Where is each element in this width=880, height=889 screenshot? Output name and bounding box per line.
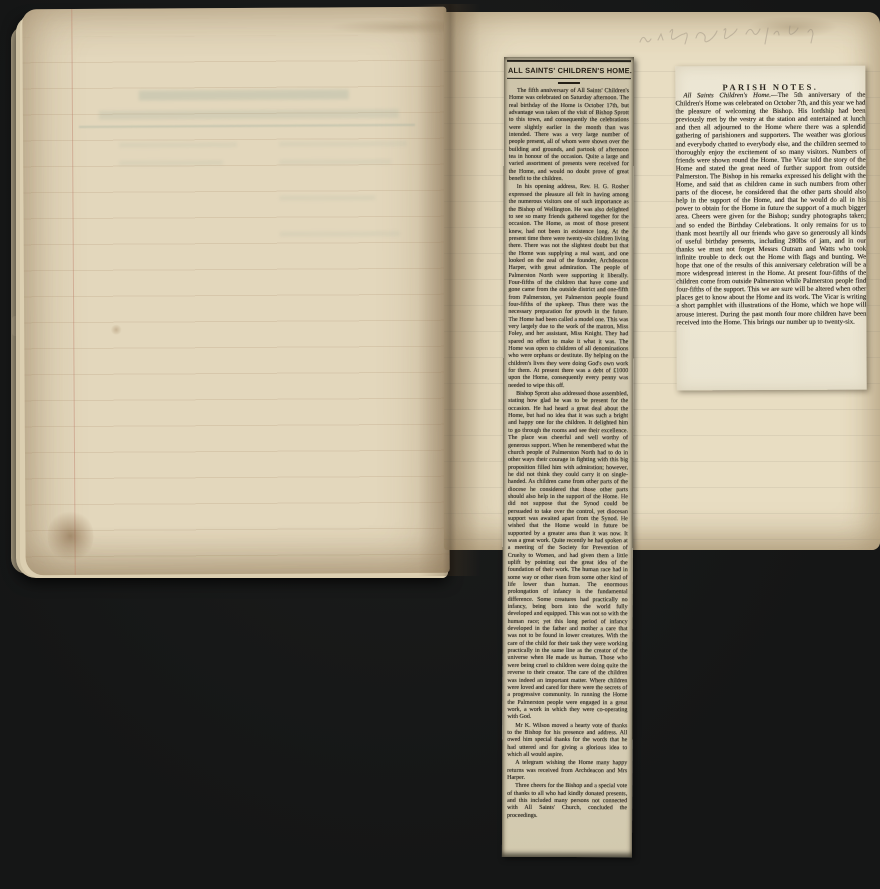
news-paragraph: Three cheers for the Bishop and a specia…: [507, 783, 627, 820]
news-paragraph: Bishop Sprott also addressed those assem…: [507, 391, 628, 722]
showthrough-text: [119, 160, 223, 166]
showthrough-text: [279, 159, 391, 165]
pencil-inscription: [634, 20, 830, 52]
newspaper-clipping-parish-notes: PARISH NOTES. All Saints Children's Home…: [675, 66, 866, 391]
article-text: —The 5th anniversary of the Children's H…: [675, 92, 866, 326]
showthrough-text: [119, 142, 237, 148]
showthrough-text: [280, 231, 400, 237]
showthrough-text: [279, 195, 375, 201]
news-paragraph: All Saints Children's Home.—The 5th anni…: [675, 92, 866, 328]
ledger-page-left: [22, 7, 449, 576]
clipping-headline: ALL SAINTS' CHILDREN'S HOME.: [507, 60, 631, 79]
news-paragraph: A telegram wishing the Home many happy r…: [507, 760, 627, 782]
showthrough-text: [139, 89, 349, 100]
news-paragraph: The fifth anniversary of All Saints' Chi…: [509, 88, 629, 184]
clipping-body: The fifth anniversary of All Saints' Chi…: [502, 88, 634, 820]
showthrough-text: [279, 141, 407, 147]
article-lead: All Saints Children's Home.: [683, 92, 771, 99]
news-paragraph: Mr K. Wilson moved a hearty vote of than…: [507, 722, 627, 759]
headline-rule: [558, 82, 580, 84]
scrapbook-photo: ALL SAINTS' CHILDREN'S HOME. The fifth a…: [0, 0, 880, 889]
newspaper-clipping-all-saints: ALL SAINTS' CHILDREN'S HOME. The fifth a…: [502, 57, 634, 857]
showthrough-text: [99, 109, 399, 120]
news-paragraph: In his opening address, Rev. H. G. Roshe…: [508, 184, 629, 390]
